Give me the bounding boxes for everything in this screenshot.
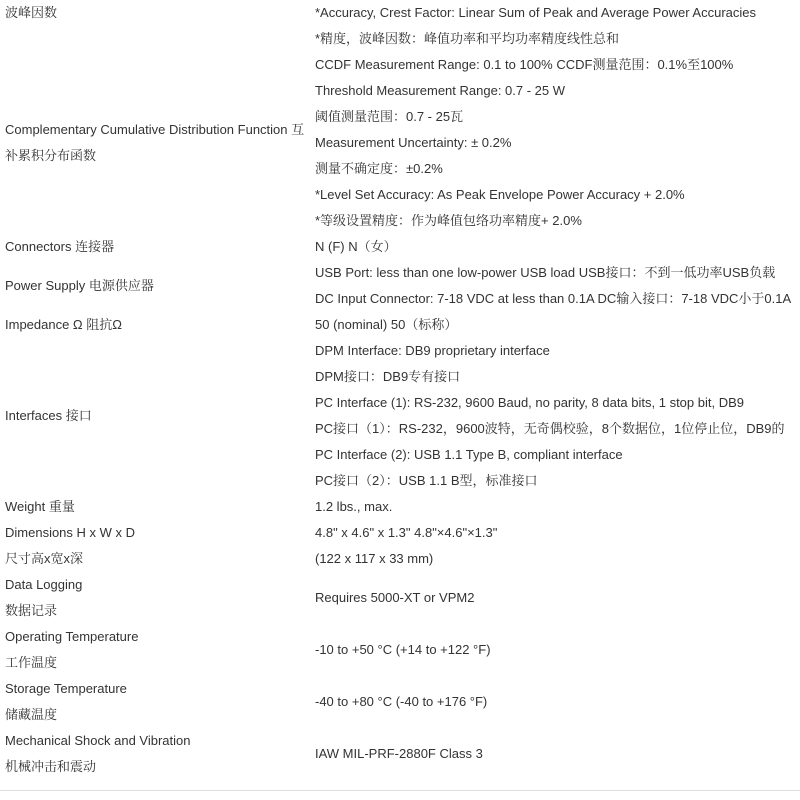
spec-value-line: IAW MIL-PRF-2880F Class 3 <box>315 741 792 767</box>
spec-label-cell: Weight 重量 <box>5 494 310 520</box>
spec-value-line: 阈值测量范围：0.7 - 25瓦 <box>315 104 792 130</box>
spec-label-line: 机械冲击和震动 <box>5 754 310 780</box>
spec-row-power-supply: Power Supply 电源供应器USB Port: less than on… <box>5 260 792 312</box>
spec-value-cell: 4.8" x 4.6" x 1.3" 4.8"×4.6"×1.3"(122 x … <box>310 520 792 572</box>
spec-label-line: 波峰因数 <box>5 0 310 26</box>
spec-label-line: 储藏温度 <box>5 702 310 728</box>
bottom-divider <box>0 790 800 791</box>
spec-row-operating-temperature: Operating Temperature工作温度-10 to +50 °C (… <box>5 624 792 676</box>
spec-value-line: USB Port: less than one low-power USB lo… <box>315 260 792 286</box>
spec-label-line: 工作温度 <box>5 650 310 676</box>
spec-label-cell: Connectors 连接器 <box>5 234 310 260</box>
spec-value-line: -40 to +80 °C (-40 to +176 °F) <box>315 689 792 715</box>
spec-label-line: Storage Temperature <box>5 676 310 702</box>
spec-label-line: Interfaces 接口 <box>5 403 310 429</box>
spec-value-cell: -40 to +80 °C (-40 to +176 °F) <box>310 689 792 715</box>
spec-value-cell: USB Port: less than one low-power USB lo… <box>310 260 792 312</box>
spec-label-cell: Power Supply 电源供应器 <box>5 273 310 299</box>
spec-label-cell: Storage Temperature储藏温度 <box>5 676 310 728</box>
spec-label-cell: 波峰因数 <box>5 0 310 26</box>
spec-value-line: DPM接口：DB9专有接口 <box>315 364 792 390</box>
spec-sheet-page: 波峰因数*Accuracy, Crest Factor: Linear Sum … <box>0 0 800 800</box>
spec-value-line: N (F) N（女） <box>315 234 792 260</box>
spec-value-line: *Accuracy, Crest Factor: Linear Sum of P… <box>315 0 792 26</box>
spec-value-line: PC接口（1）：RS-232，9600波特，无奇偶校验，8个数据位，1位停止位，… <box>315 416 792 442</box>
spec-value-line: 4.8" x 4.6" x 1.3" 4.8"×4.6"×1.3" <box>315 520 792 546</box>
spec-value-line: DPM Interface: DB9 proprietary interface <box>315 338 792 364</box>
spec-value-cell: 50 (nominal) 50（标称） <box>310 312 792 338</box>
spec-value-line: PC Interface (1): RS-232, 9600 Baud, no … <box>315 390 792 416</box>
spec-label-line: Operating Temperature <box>5 624 310 650</box>
spec-row-weight: Weight 重量1.2 lbs., max. <box>5 494 792 520</box>
spec-label-line: Power Supply 电源供应器 <box>5 273 310 299</box>
spec-value-line: 50 (nominal) 50（标称） <box>315 312 792 338</box>
spec-label-line: Dimensions H x W x D <box>5 520 310 546</box>
spec-value-cell: 1.2 lbs., max. <box>310 494 792 520</box>
spec-value-line: -10 to +50 °C (+14 to +122 °F) <box>315 637 792 663</box>
spec-label-cell: Impedance Ω 阻抗Ω <box>5 312 310 338</box>
spec-value-line: 1.2 lbs., max. <box>315 494 792 520</box>
spec-value-cell: *Accuracy, Crest Factor: Linear Sum of P… <box>310 0 792 52</box>
spec-row-impedance: Impedance Ω 阻抗Ω50 (nominal) 50（标称） <box>5 312 792 338</box>
spec-label-line: Mechanical Shock and Vibration <box>5 728 310 754</box>
spec-label-cell: Dimensions H x W x D尺寸高x宽x深 <box>5 520 310 572</box>
spec-label-cell: Operating Temperature工作温度 <box>5 624 310 676</box>
spec-value-cell: N (F) N（女） <box>310 234 792 260</box>
spec-value-line: (122 x 117 x 33 mm) <box>315 546 792 572</box>
spec-row-crest-factor: 波峰因数*Accuracy, Crest Factor: Linear Sum … <box>5 0 792 52</box>
spec-row-dimensions: Dimensions H x W x D尺寸高x宽x深4.8" x 4.6" x… <box>5 520 792 572</box>
spec-value-line: *等级设置精度：作为峰值包络功率精度+ 2.0% <box>315 208 792 234</box>
spec-label-line: Complementary Cumulative Distribution Fu… <box>5 117 310 169</box>
spec-value-line: PC接口（2）：USB 1.1 B型，标准接口 <box>315 468 792 494</box>
spec-table: 波峰因数*Accuracy, Crest Factor: Linear Sum … <box>0 0 800 780</box>
spec-row-connectors: Connectors 连接器N (F) N（女） <box>5 234 792 260</box>
spec-value-line: PC Interface (2): USB 1.1 Type B, compli… <box>315 442 792 468</box>
spec-value-line: Measurement Uncertainty: ± 0.2% <box>315 130 792 156</box>
spec-label-line: Weight 重量 <box>5 494 310 520</box>
spec-value-cell: DPM Interface: DB9 proprietary interface… <box>310 338 792 494</box>
spec-label-cell: Interfaces 接口 <box>5 403 310 429</box>
spec-value-cell: Requires 5000-XT or VPM2 <box>310 585 792 611</box>
spec-label-line: Impedance Ω 阻抗Ω <box>5 312 310 338</box>
spec-value-line: DC Input Connector: 7-18 VDC at less tha… <box>315 286 792 312</box>
spec-label-line: 数据记录 <box>5 598 310 624</box>
spec-value-line: *精度，波峰因数：峰值功率和平均功率精度线性总和 <box>315 26 792 52</box>
spec-value-cell: -10 to +50 °C (+14 to +122 °F) <box>310 637 792 663</box>
spec-value-line: 测量不确定度：±0.2% <box>315 156 792 182</box>
spec-label-line: Connectors 连接器 <box>5 234 310 260</box>
spec-label-cell: Data Logging数据记录 <box>5 572 310 624</box>
spec-value-cell: CCDF Measurement Range: 0.1 to 100% CCDF… <box>310 52 792 234</box>
spec-row-ccdf: Complementary Cumulative Distribution Fu… <box>5 52 792 234</box>
spec-value-line: Threshold Measurement Range: 0.7 - 25 W <box>315 78 792 104</box>
spec-row-mechanical-shock-vibration: Mechanical Shock and Vibration机械冲击和震动IAW… <box>5 728 792 780</box>
spec-value-line: CCDF Measurement Range: 0.1 to 100% CCDF… <box>315 52 792 78</box>
spec-row-data-logging: Data Logging数据记录Requires 5000-XT or VPM2 <box>5 572 792 624</box>
spec-row-interfaces: Interfaces 接口DPM Interface: DB9 propriet… <box>5 338 792 494</box>
spec-value-cell: IAW MIL-PRF-2880F Class 3 <box>310 741 792 767</box>
spec-label-cell: Complementary Cumulative Distribution Fu… <box>5 117 310 169</box>
spec-row-storage-temperature: Storage Temperature储藏温度-40 to +80 °C (-4… <box>5 676 792 728</box>
spec-value-line: Requires 5000-XT or VPM2 <box>315 585 792 611</box>
spec-value-line: *Level Set Accuracy: As Peak Envelope Po… <box>315 182 792 208</box>
spec-label-line: 尺寸高x宽x深 <box>5 546 310 572</box>
spec-label-cell: Mechanical Shock and Vibration机械冲击和震动 <box>5 728 310 780</box>
spec-label-line: Data Logging <box>5 572 310 598</box>
